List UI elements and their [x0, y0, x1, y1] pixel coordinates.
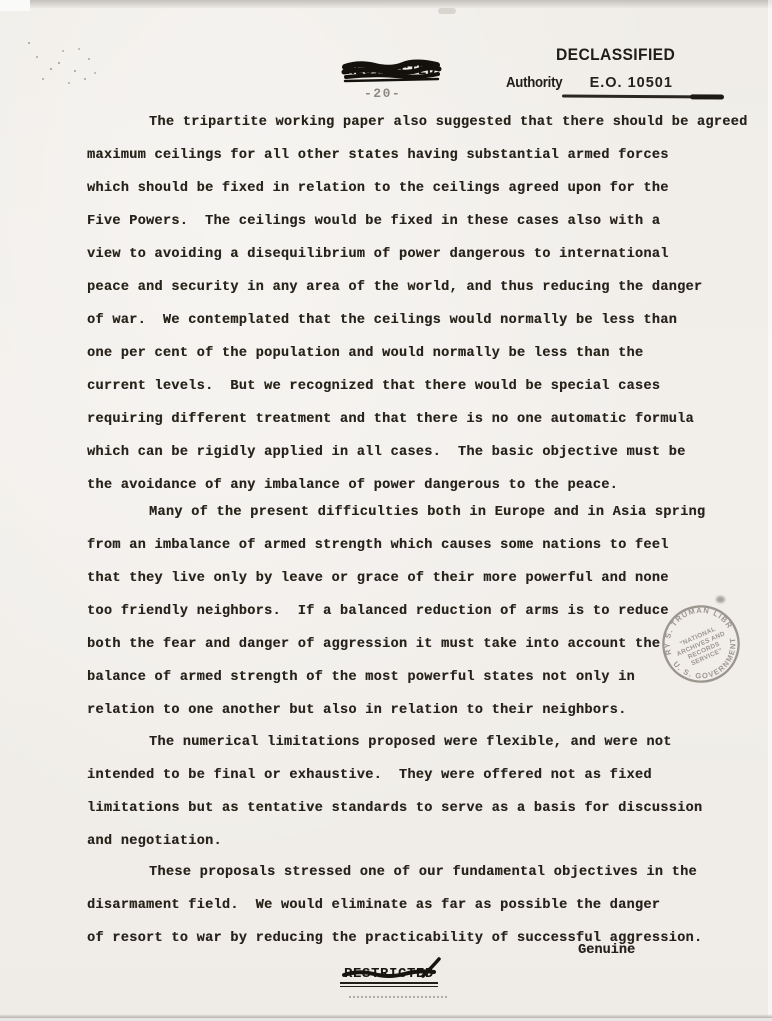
authority-value: E.O. 10501 [590, 75, 673, 91]
text-line: view to avoiding a disequilibrium of pow… [87, 238, 748, 271]
paper-smudge [438, 8, 456, 14]
authority-row: Authority E.O. 10501 [506, 74, 673, 92]
text-line: Many of the present difficulties both in… [87, 496, 705, 529]
paragraph-4: These proposals stressed one of our fund… [87, 856, 702, 955]
scan-edge-top-notch [0, 0, 30, 11]
text-line: of war. We contemplated that the ceiling… [87, 304, 748, 337]
classification-marking-top: RESTRICTED [346, 61, 438, 83]
text-line: one per cent of the population and would… [87, 337, 748, 370]
text-line: current levels. But we recognized that t… [87, 370, 748, 403]
strikeout-scribble-icon [341, 57, 443, 85]
text-line: both the fear and danger of aggression i… [87, 628, 705, 661]
page-number: -20- [364, 86, 401, 101]
text-line: peace and security in any area of the wo… [87, 271, 748, 304]
paragraph-2: Many of the present difficulties both in… [87, 496, 705, 727]
text-line: disarmament field. We would eliminate as… [87, 889, 702, 922]
text-line: which should be fixed in relation to the… [87, 172, 748, 205]
text-line: and negotiation. [87, 825, 702, 858]
strikeout-wave-icon [339, 960, 449, 994]
text-line: requiring different treatment and that t… [87, 403, 748, 436]
text-line: from an imbalance of armed strength whic… [87, 529, 705, 562]
text-line: too friendly neighbors. If a balanced re… [87, 595, 705, 628]
text-line: limitations but as tentative standards t… [87, 792, 702, 825]
text-line: that they live only by leave or grace of… [87, 562, 705, 595]
text-line: The tripartite working paper also sugges… [87, 106, 748, 139]
classification-marking-bottom: RESTRICTED [344, 964, 440, 988]
scan-edge-right [768, 0, 772, 1021]
text-line: Five Powers. The ceilings would be fixed… [87, 205, 748, 238]
scanned-document-page: RESTRICTED -20- DECLASSIFIED Authority E… [0, 0, 772, 1021]
authority-underline [562, 94, 722, 98]
text-line: maximum ceilings for all other states ha… [87, 139, 748, 172]
scan-edge-top [0, 0, 772, 8]
text-line: which can be rigidly applied in all case… [87, 436, 748, 469]
text-line: relation to one another but also in rela… [87, 694, 705, 727]
text-line: These proposals stressed one of our fund… [87, 856, 702, 889]
text-line: The numerical limitations proposed were … [87, 726, 702, 759]
paragraph-3: The numerical limitations proposed were … [87, 726, 702, 858]
paper-speckles [28, 42, 30, 44]
dotted-line-remnant [349, 993, 447, 998]
text-line: balance of armed strength of the most po… [87, 661, 705, 694]
declassified-stamp-text: DECLASSIFIED [556, 45, 675, 65]
authority-label: Authority [506, 74, 562, 91]
paragraph-1: The tripartite working paper also sugges… [87, 106, 748, 502]
genuine-note: Genuine [578, 943, 635, 958]
text-line: intended to be final or exhaustive. They… [87, 759, 702, 792]
